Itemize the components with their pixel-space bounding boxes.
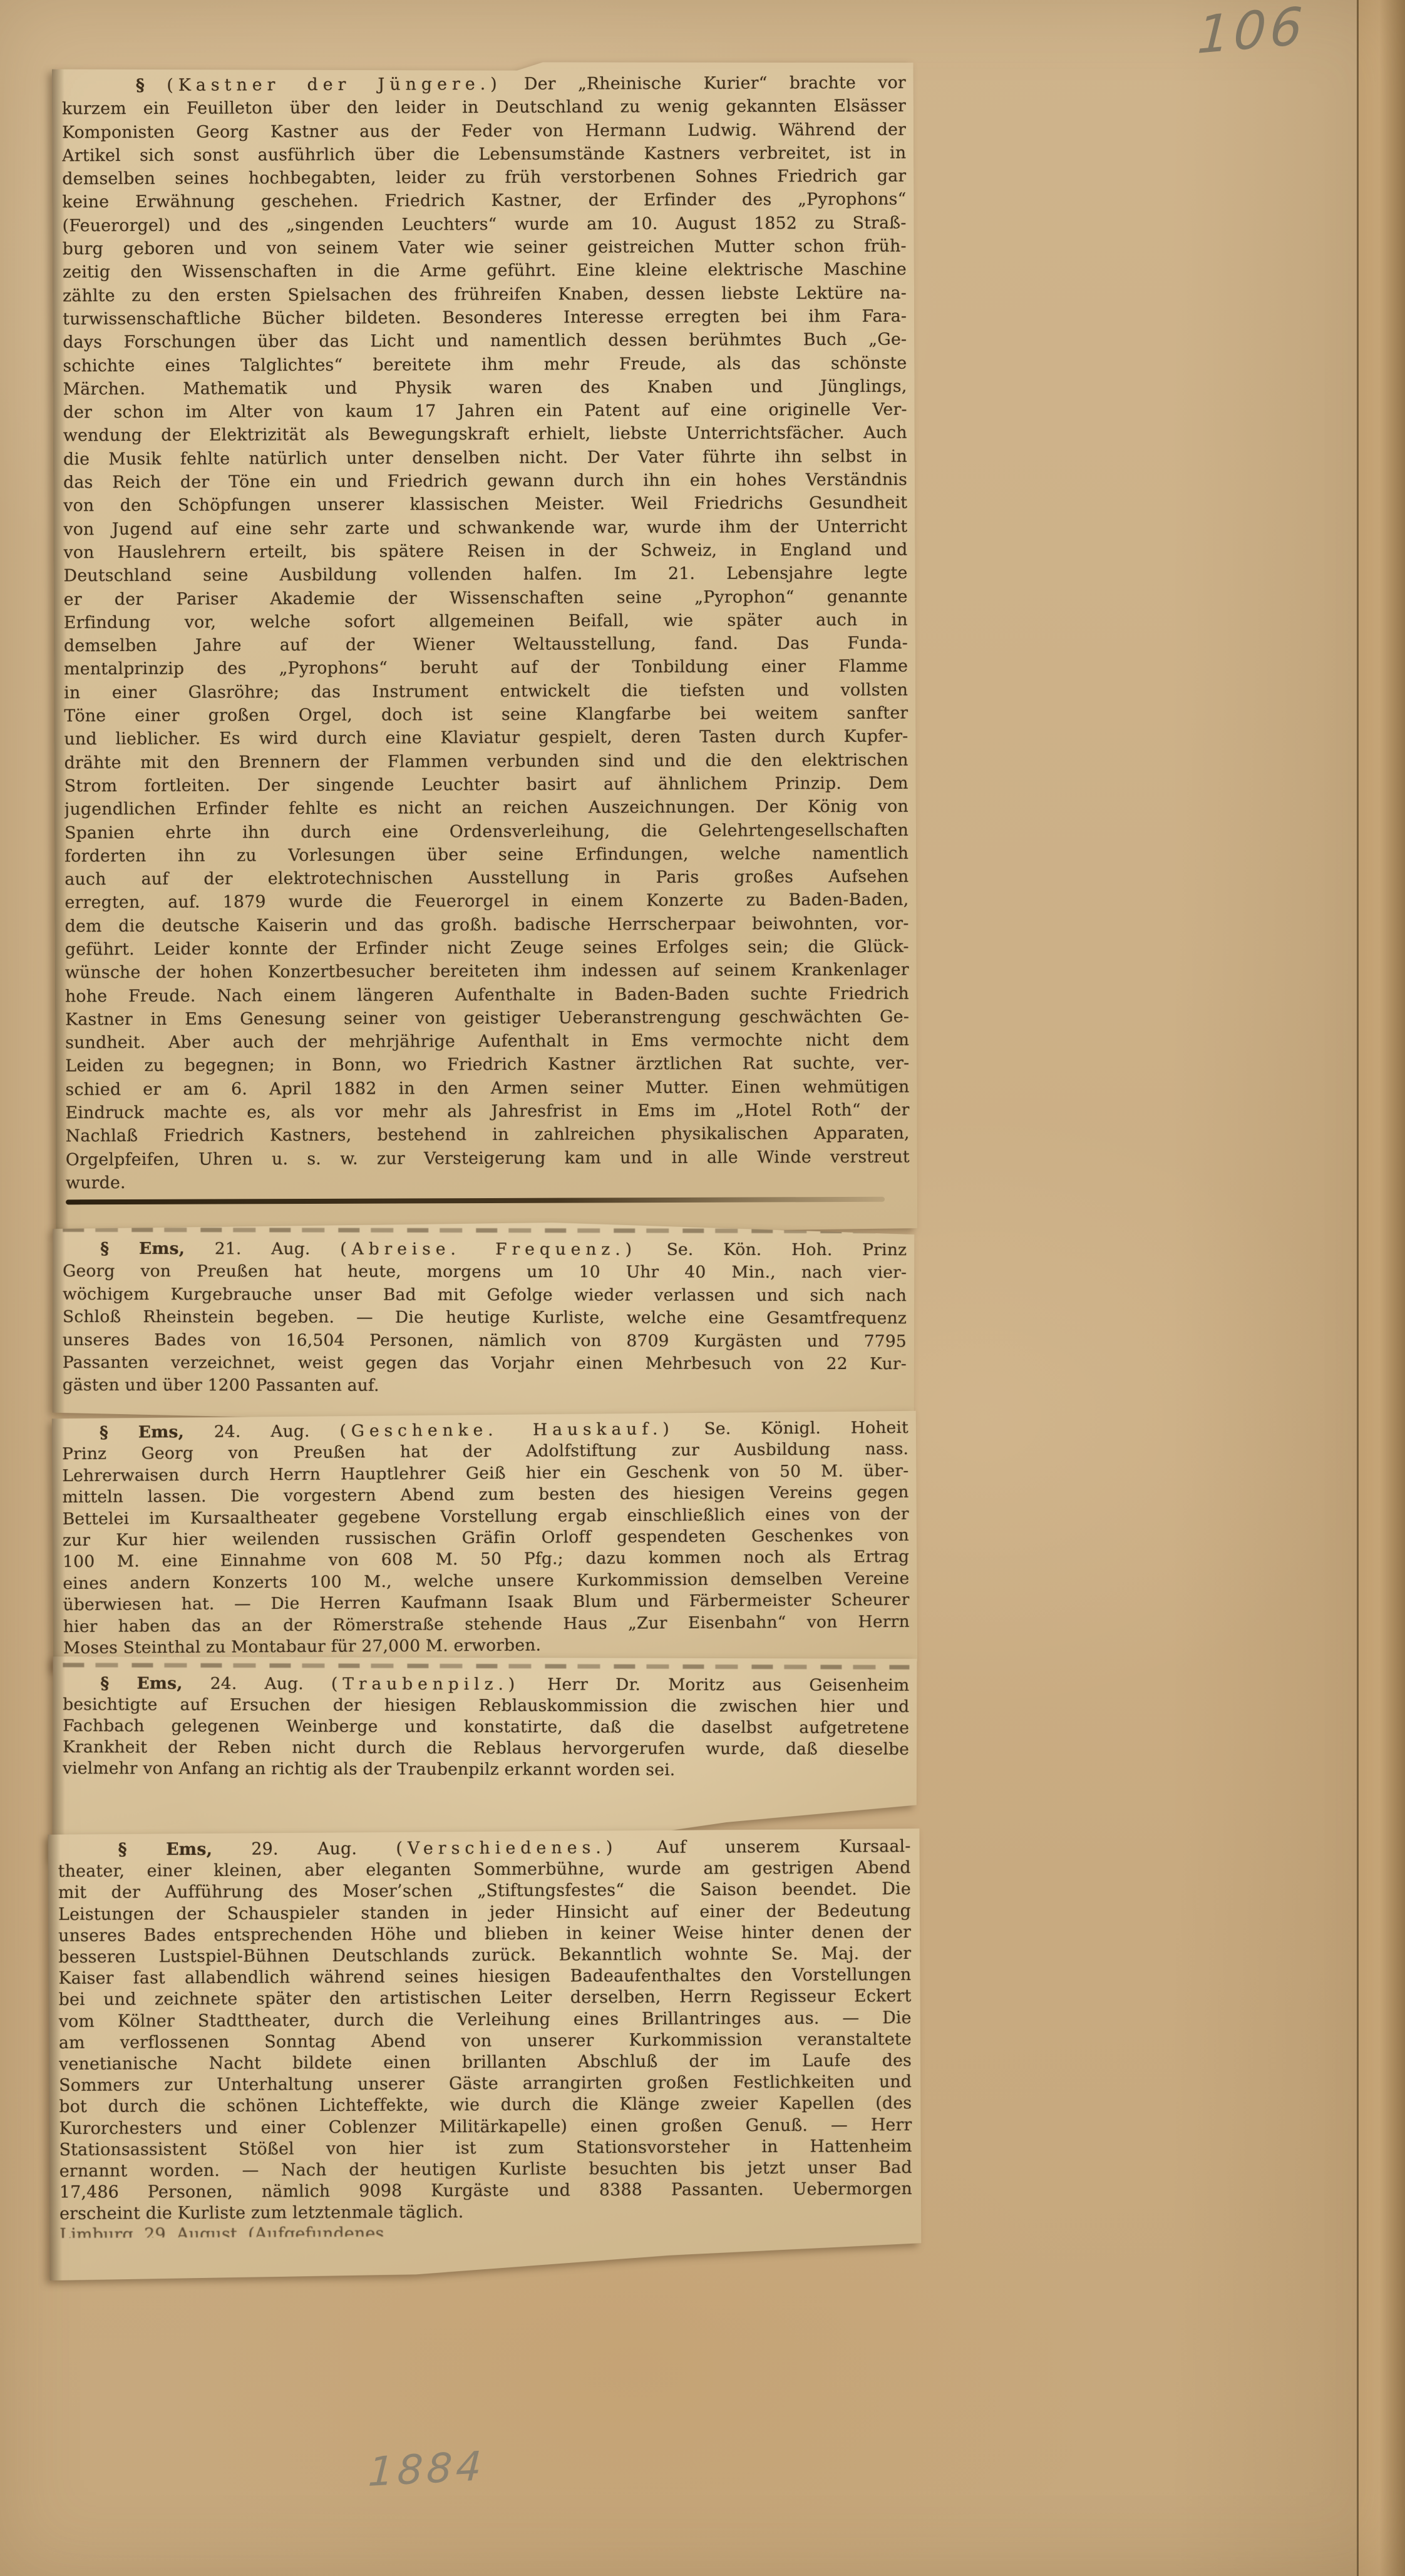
- article-title: (Verschiedenes.): [396, 1838, 617, 1859]
- print-line: die Musik fehlte natürlich unter denselb…: [63, 444, 907, 471]
- article-heading: § Ems, 21. Aug. (Abreise. Frequenz.) Se.…: [63, 1238, 907, 1262]
- section-siglum: §: [100, 1673, 109, 1693]
- cut-text-fragment: [63, 1660, 909, 1673]
- dateline-date: 24. Aug.: [210, 1674, 304, 1693]
- page-fore-edge: [1357, 0, 1405, 2576]
- print-line: Töne einer großen Orgel, doch ist seine …: [64, 702, 908, 728]
- print-line: Leiden zu begegnen; in Bonn, wo Friedric…: [65, 1052, 909, 1078]
- print-line: sundheit. Aber auch der mehrjährige Aufe…: [65, 1029, 909, 1055]
- print-line: bei und zeichnete später den artistische…: [59, 1986, 912, 2011]
- print-line: bot durch die schönen Lichteffekte, wie …: [59, 2093, 912, 2118]
- print-line: Krankheit der Reben nicht durch die Rebl…: [63, 1737, 909, 1760]
- page-edge-shading: [1171, 0, 1359, 2576]
- article-body: Prinz Georg von Preußen hat der Adolfsti…: [62, 1439, 910, 1659]
- dateline-place: Ems,: [136, 1674, 182, 1693]
- print-line: jugendlichen Erfinder fehlte es nicht an…: [64, 795, 908, 821]
- clipping-ems29-wrapper: § Ems, 29. Aug. (Verschiedenes.) Auf uns…: [0, 0, 872, 448]
- print-line: Erfindung vor, welche sofort allgemeinen…: [64, 608, 908, 634]
- print-line: wünsche der hohen Konzertbesucher bereit…: [65, 958, 909, 985]
- print-line: Schloß Rheinstein begeben. — Die heutige…: [63, 1306, 907, 1330]
- print-line: unseres Bades von 16,504 Personen, nämli…: [63, 1328, 907, 1353]
- print-line: erregten, auf. 1879 wurde die Feuerorgel…: [64, 888, 908, 915]
- print-line: Kastner in Ems Genesung seiner von geist…: [65, 1005, 909, 1032]
- print-line: Georg von Preußen hat heute, morgens um …: [63, 1260, 907, 1285]
- print-line: dem die deutsche Kaiserin und das großh.…: [64, 911, 908, 938]
- handwritten-year-note: 1884: [367, 2443, 486, 2496]
- article-body: besichtigte auf Ersuchen der hiesigen Re…: [63, 1694, 909, 1782]
- article-title: (Traubenpilz.): [331, 1674, 520, 1694]
- print-line: gästen und über 1200 Passanten auf.: [63, 1374, 907, 1398]
- print-line: auch auf der elektrotechnischen Ausstell…: [64, 865, 908, 891]
- print-line: von den Schöpfungen unserer klassischen …: [63, 491, 907, 518]
- dateline-place: Ems,: [138, 1422, 184, 1442]
- print-line: von Hauslehrern erteilt, bis spätere Rei…: [63, 538, 907, 565]
- clipping-ems-24-aug-geschenke: § Ems, 24. Aug. (Geschenke. Hauskauf.) S…: [52, 1411, 917, 1670]
- article-title: (Abreise. Frequenz.): [340, 1239, 637, 1260]
- print-line: Spanien ehrte ihn durch eine Ordensverle…: [64, 818, 908, 844]
- print-line: Fachbach gelegenen Weinberge und konstat…: [63, 1715, 909, 1739]
- heading-rest: Herr Dr. Moritz aus Geisenheim: [547, 1675, 909, 1695]
- print-line: wurde.: [66, 1169, 910, 1195]
- dateline-date: 29. Aug.: [251, 1839, 357, 1859]
- print-line: hohe Freude. Nach einem längeren Aufenth…: [65, 982, 909, 1008]
- print-line: forderten ihn zu Vorlesungen über seine …: [64, 841, 908, 868]
- clipping-ems-21-aug: § Ems, 21. Aug. (Abreise. Frequenz.) Se.…: [53, 1219, 915, 1424]
- print-line: vielmehr von Anfang an richtig als der T…: [63, 1758, 909, 1782]
- heading-rest: Se. Kön. Hoh. Prinz: [667, 1240, 907, 1260]
- print-line: besichtigte auf Ersuchen der hiesigen Re…: [63, 1694, 909, 1718]
- print-line: Nachlaß Friedrich Kastners, bestehend in…: [66, 1122, 910, 1148]
- section-siglum: §: [118, 1840, 127, 1859]
- dateline-date: 21. Aug.: [215, 1239, 311, 1258]
- album-page: 106 1884 § (Kastner der Jüngere.) Der „R…: [0, 0, 1405, 2576]
- print-line: schied er am 6. April 1882 in den Armen …: [65, 1075, 909, 1101]
- print-line: das Reich der Töne ein und Friedrich gew…: [63, 468, 907, 495]
- print-line: wöchigem Kurgebrauche unser Bad mit Gefo…: [63, 1283, 907, 1308]
- print-line: Passanten verzeichnet, weist gegen das V…: [63, 1352, 907, 1376]
- print-line: drähte mit den Brennern der Flammen verb…: [64, 748, 908, 774]
- heading-rest: Auf unserem Kursaal-: [657, 1837, 911, 1857]
- dateline-date: 24. Aug.: [214, 1422, 310, 1442]
- print-line: Kurorchesters und einer Coblenzer Militä…: [59, 2115, 912, 2140]
- print-line: Leistungen der Schauspieler standen in j…: [58, 1901, 911, 1926]
- print-line: geführt. Leider konnte der Erfinder nich…: [65, 935, 909, 962]
- article-body: Georg von Preußen hat heute, morgens um …: [63, 1260, 907, 1398]
- print-line: Orgelpfeifen, Uhren u. s. w. zur Verstei…: [66, 1145, 910, 1171]
- print-line: und lieblicher. Es wird durch eine Klavi…: [64, 725, 908, 751]
- heading-rest: Se. Königl. Hoheit: [704, 1418, 908, 1439]
- print-line: vom Kölner Stadttheater, durch die Verle…: [59, 2008, 912, 2033]
- dateline-place: Ems,: [166, 1840, 212, 1859]
- article-title: (Geschenke. Hauskauf.): [339, 1419, 674, 1440]
- print-line: Eindruck machte es, als vor mehr als Jah…: [66, 1099, 910, 1125]
- print-line: von Jugend auf eine sehr zarte und schwa…: [63, 515, 907, 541]
- print-line: Deutschland seine Ausbildung vollenden h…: [64, 562, 908, 588]
- article-heading: § Ems, 24. Aug. (Traubenpilz.) Herr Dr. …: [63, 1673, 909, 1696]
- article-body: theater, einer kleinen, aber eleganten S…: [58, 1857, 913, 2225]
- print-line: er der Pariser Akademie der Wissenschaft…: [64, 585, 908, 611]
- section-siglum: §: [100, 1239, 109, 1258]
- print-line: mit der Aufführung des Moser’schen „Stif…: [58, 1879, 911, 1904]
- clipping-ems-29-aug: § Ems, 29. Aug. (Verschiedenes.) Auf uns…: [48, 1829, 921, 2281]
- print-line: in einer Glasröhre; das Instrument entwi…: [64, 678, 908, 704]
- article-end-rule: [66, 1197, 885, 1205]
- print-line: Moses Steinthal zu Montabaur für 27,000 …: [63, 1633, 910, 1660]
- section-siglum: §: [100, 1423, 108, 1442]
- print-line: Strom fortleiten. Der singende Leuchter …: [64, 772, 908, 798]
- print-line: demselben Jahre auf der Wiener Weltausst…: [64, 632, 908, 658]
- dateline-place: Ems,: [139, 1239, 185, 1258]
- print-line: 17,486 Personen, nämlich 9098 Kurgäste u…: [59, 2178, 912, 2204]
- print-line: mentalprinzip des „Pyrophons“ beruht auf…: [64, 655, 908, 681]
